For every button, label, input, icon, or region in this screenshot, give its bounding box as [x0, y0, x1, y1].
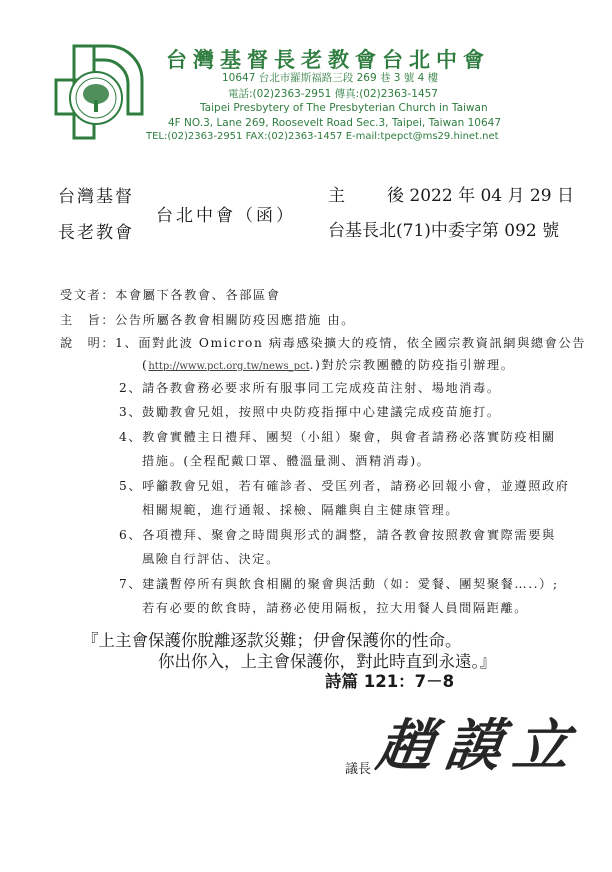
- explanation-item-7-cont: 若有必要的飲食時，請務必使用隔板，拉大用餐人員間隔距離。: [142, 599, 528, 616]
- explanation-item-5: 5、呼籲教會兄姐，若有確診者、受匡列者，請務必回報小會，並遵照政府: [119, 477, 570, 494]
- signature: 趙謨立: [372, 702, 587, 782]
- explanation-item-3: 3、鼓勵教會兄姐，按照中央防疫指揮中心建議完成疫苗施打。: [119, 403, 501, 420]
- explanation-item-2: 2、請各教會務必要求所有服事同工完成疫苗注射、場地消毒。: [119, 379, 501, 396]
- recipient: 受文者：本會屬下各教會、各部區會: [60, 286, 281, 303]
- org-name-line1: 台灣基督: [58, 182, 134, 207]
- explanation-label: 說 明：: [60, 336, 115, 350]
- letterhead-address-zh: 10647 台北市羅斯福路三段 269 巷 3 號 4 樓: [222, 70, 438, 85]
- subject: 主 旨：公告所屬各教會相關防疫因應措施 由。: [60, 311, 355, 328]
- signatory-title: 議長: [345, 758, 371, 777]
- explanation-item-1-cont: (http://www.pct.org.tw/news_pct.)對於宗教團體的…: [142, 356, 514, 373]
- document-date: 主後 2022 年 04 月 29 日: [328, 181, 574, 206]
- verse-reference: 詩篇 121：7－8: [325, 668, 454, 692]
- document-number: 台基長北(71)中委字第 092 號: [328, 216, 559, 241]
- explanation-item-4: 4、教會實體主日禮拜、團契（小組）聚會，與會者請務必落實防疫相關: [119, 428, 556, 445]
- explanation-item-1: 說 明：1、面對此波 Omicron 病毒感染擴大的疫情，依全國宗教資訊網與總會…: [60, 334, 586, 351]
- explanation-item-4-cont: 措施。(全程配戴口罩、體溫量測、酒精消毒)。: [142, 452, 430, 469]
- explanation-item-6-cont: 風險自行評估、決定。: [142, 550, 280, 567]
- explanation-item-7: 7、建議暫停所有與飲食相關的聚會與活動（如：愛餐、團契聚餐…..）;: [119, 575, 559, 592]
- org-name-line2: 長老教會: [58, 218, 134, 243]
- letterhead-address-en: 4F NO.3, Lane 269, Roosevelt Road Sec.3,…: [168, 117, 501, 129]
- date-value: 後 2022 年 04 月 29 日: [387, 186, 574, 206]
- explanation-item-6: 6、各項禮拜、聚會之時間與形式的調整，請各教會按照教會實際需要與: [119, 526, 556, 543]
- date-prefix: 主: [328, 186, 345, 206]
- pct-news-link[interactable]: http://www.pct.org.tw/news_pct: [148, 361, 309, 372]
- letterhead-contact-en: TEL:(02)2363-2951 FAX:(02)2363-1457 E-ma…: [146, 131, 499, 142]
- explanation-item-5-cont: 相關規範，進行通報、採檢、隔離與自主健康管理。: [142, 501, 459, 518]
- presbytery-logo-icon: [52, 42, 144, 142]
- document-type: 台北中會（函）: [156, 201, 296, 226]
- letterhead-name-en: Taipei Presbytery of The Presbyterian Ch…: [200, 102, 488, 114]
- letterhead-phone-fax: 電話:(02)2363-2951 傳真:(02)2363-1457: [228, 86, 438, 101]
